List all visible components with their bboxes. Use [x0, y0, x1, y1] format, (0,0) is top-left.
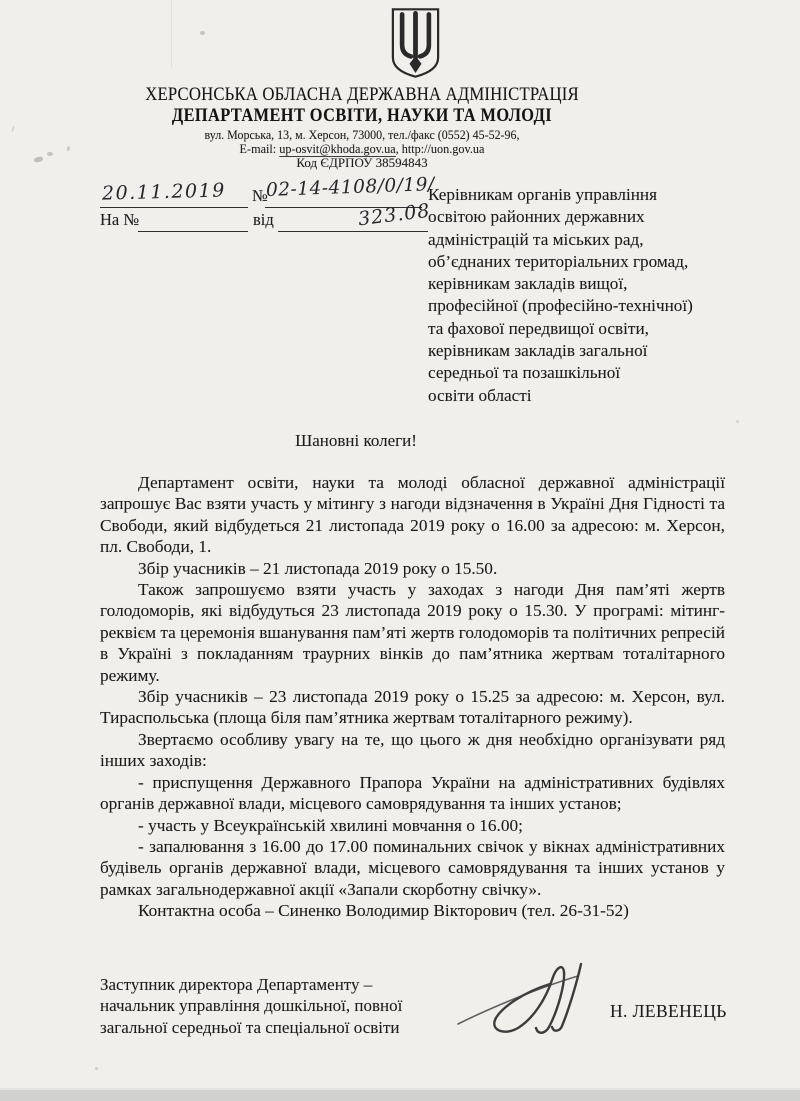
email-label: E-mail: [240, 141, 280, 156]
scan-speck [736, 420, 739, 423]
edrpou-code: Код ЄДРПОУ 38594843 [0, 155, 724, 171]
scan-bottom-edge [0, 1090, 800, 1101]
department-name: ДЕПАРТАМЕНТ ОСВІТИ, НАУКИ ТА МОЛОДІ [51, 105, 674, 127]
scanned-letter-page: ХЕРСОНСЬКА ОБЛАСНА ДЕРЖАВНА АДМІНІСТРАЦІ… [0, 0, 800, 1101]
incoming-number-field-line [138, 231, 248, 232]
body-paragraph: Також запрошуємо взяти участь у заходах … [100, 579, 725, 686]
handwritten-from-number: 323.08 [357, 200, 432, 231]
handwritten-signature-icon [450, 950, 600, 1052]
website-url: , http://uon.gov.ua [396, 141, 485, 156]
list-item-paragraph: - запалювання з 16.00 до 17.00 поминальн… [100, 836, 725, 900]
scan-speck [200, 31, 205, 35]
from-label: від [253, 210, 274, 230]
body-paragraph: Збір учасників – 21 листопада 2019 року … [100, 558, 725, 579]
contact-person-line: Контактна особа – Синенко Володимир Вікт… [100, 900, 725, 921]
incoming-number-label: На № [100, 210, 139, 230]
signatory-position: Заступник директора Департаменту – начал… [100, 974, 402, 1038]
salutation: Шановні колеги! [100, 431, 612, 451]
handwritten-date: 20.11.2019 [102, 179, 226, 204]
body-paragraph: Збір учасників – 23 листопада 2019 року … [100, 686, 725, 729]
body-paragraph: Звертаємо особливу увагу на те, що цього… [100, 729, 725, 772]
date-field-line [100, 207, 248, 208]
recipient-block: Керівникам органів управління освітою ра… [428, 184, 742, 407]
handwritten-outgoing-number: 02-14-4108/0/19/ [266, 174, 435, 201]
incoming-date-field-line [278, 231, 428, 232]
list-item-paragraph: - приспущення Державного Прапора України… [100, 772, 725, 815]
ukraine-trident-emblem-icon [387, 7, 444, 79]
body-paragraph: Департамент освіти, науки та молоді обла… [100, 472, 725, 558]
scan-speck [95, 1067, 98, 1070]
signatory-name: Н. ЛЕВЕНЕЦЬ [610, 1001, 727, 1022]
scan-speck [11, 126, 15, 132]
list-item-paragraph: - участь у Всеукраїнській хвилині мовчан… [100, 815, 725, 836]
organization-name: ХЕРСОНСЬКА ОБЛАСНА ДЕРЖАВНА АДМІНІСТРАЦІ… [43, 84, 680, 106]
scan-fold-line [171, 0, 172, 68]
reference-block: 20.11.2019 № 02-14-4108/0/19/ На № від 3… [100, 183, 440, 243]
letter-body: Департамент освіти, науки та молоді обла… [100, 472, 725, 922]
